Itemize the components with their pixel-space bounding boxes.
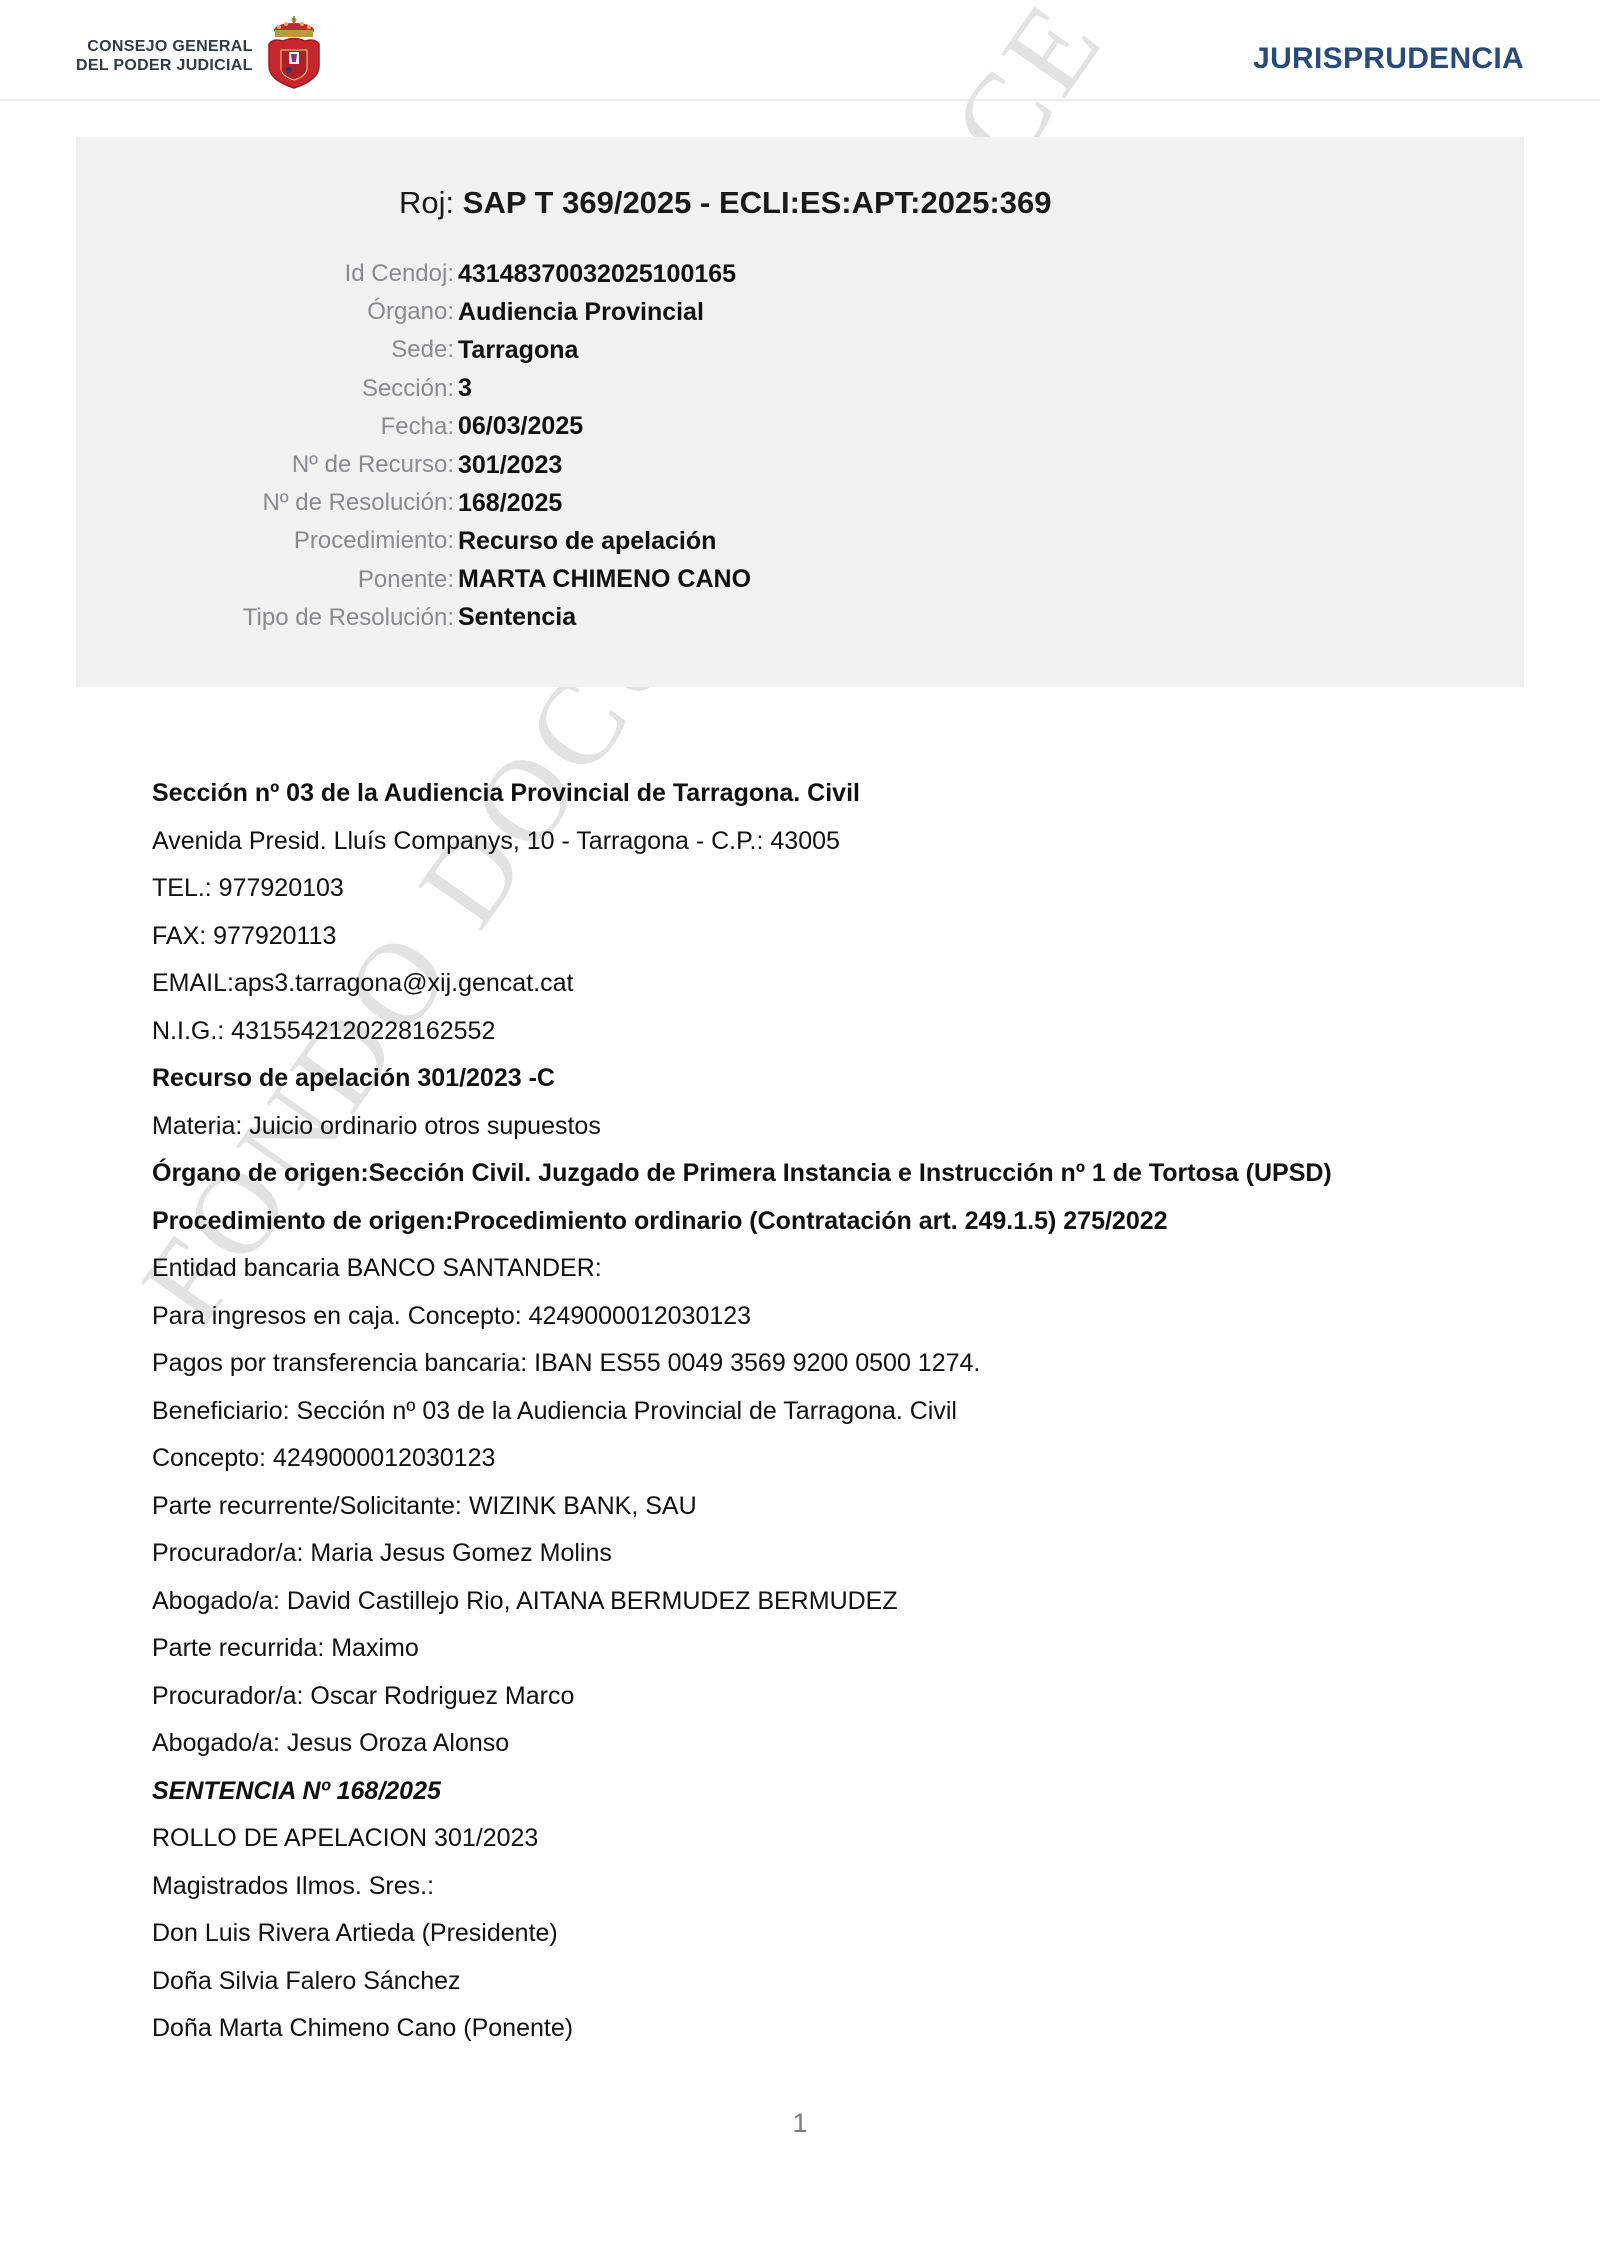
meta-value: Audiencia Provincial	[458, 298, 704, 327]
document-line: Órgano de origen:Sección Civil. Juzgado …	[152, 1150, 1452, 1198]
document-line: Procedimiento de origen:Procedimiento or…	[152, 1198, 1452, 1246]
meta-row-tipo-resolucion: Tipo de Resolución: Sentencia	[76, 599, 1524, 637]
meta-row-id-cendoj: Id Cendoj: 43148370032025100165	[76, 255, 1524, 293]
document-line: Parte recurrida: Maximo	[152, 1625, 1452, 1673]
document-line: EMAIL:aps3.tarragona@xij.gencat.cat	[152, 960, 1452, 1008]
meta-row-resolucion: Nº de Resolución: 168/2025	[76, 484, 1524, 522]
resolution-metadata-panel: Roj: SAP T 369/2025 - ECLI:ES:APT:2025:3…	[76, 137, 1524, 687]
document-line: Doña Silvia Falero Sánchez	[152, 1958, 1452, 2006]
meta-label: Órgano:	[76, 298, 458, 326]
cgpj-logo[interactable]: CONSEJO GENERAL DEL PODER JUDICIAL	[76, 14, 325, 90]
meta-label: Ponente:	[76, 566, 458, 594]
meta-row-seccion: Sección: 3	[76, 370, 1524, 408]
roj-label: Roj:	[399, 185, 454, 220]
page-header: CONSEJO GENERAL DEL PODER JUDICIAL	[0, 0, 1600, 101]
meta-row-ponente: Ponente: MARTA CHIMENO CANO	[76, 561, 1524, 599]
meta-row-fecha: Fecha: 06/03/2025	[76, 408, 1524, 446]
document-line: Para ingresos en caja. Concepto: 4249000…	[152, 1293, 1452, 1341]
document-line: TEL.: 977920103	[152, 865, 1452, 913]
document-line: FAX: 977920113	[152, 913, 1452, 961]
meta-value: 3	[458, 374, 472, 403]
meta-row-sede: Sede: Tarragona	[76, 331, 1524, 369]
document-line: Parte recurrente/Solicitante: WIZINK BAN…	[152, 1483, 1452, 1531]
meta-value: Sentencia	[458, 603, 576, 632]
document-line: SENTENCIA Nº 168/2025	[152, 1768, 1452, 1816]
document-line: Abogado/a: Jesus Oroza Alonso	[152, 1720, 1452, 1768]
meta-label: Nº de Resolución:	[76, 489, 458, 517]
document-line: Pagos por transferencia bancaria: IBAN E…	[152, 1340, 1452, 1388]
roj-value: SAP T 369/2025 - ECLI:ES:APT:2025:369	[463, 185, 1052, 220]
document-line: Procurador/a: Oscar Rodriguez Marco	[152, 1673, 1452, 1721]
crest-icon	[263, 14, 325, 90]
meta-label: Nº de Recurso:	[76, 451, 458, 479]
document-line: Concepto: 4249000012030123	[152, 1435, 1452, 1483]
meta-value: Recurso de apelación	[458, 527, 716, 556]
document-line: Doña Marta Chimeno Cano (Ponente)	[152, 2005, 1452, 2053]
page-number: 1	[0, 2108, 1600, 2139]
meta-label: Id Cendoj:	[76, 260, 458, 288]
meta-value: 168/2025	[458, 489, 562, 518]
document-line: N.I.G.: 4315542120228162552	[152, 1008, 1452, 1056]
document-line: Magistrados Ilmos. Sres.:	[152, 1863, 1452, 1911]
meta-value: 06/03/2025	[458, 412, 583, 441]
document-line: Procurador/a: Maria Jesus Gomez Molins	[152, 1530, 1452, 1578]
brand-line-1: CONSEJO GENERAL	[76, 37, 253, 56]
meta-row-recurso: Nº de Recurso: 301/2023	[76, 446, 1524, 484]
meta-value: 43148370032025100165	[458, 260, 736, 289]
document-line: Avenida Presid. Lluís Companys, 10 - Tar…	[152, 818, 1452, 866]
meta-label: Procedimiento:	[76, 527, 458, 555]
document-line: Entidad bancaria BANCO SANTANDER:	[152, 1245, 1452, 1293]
document-line: Sección nº 03 de la Audiencia Provincial…	[152, 770, 1452, 818]
document-line: ROLLO DE APELACION 301/2023	[152, 1815, 1452, 1863]
meta-value: 301/2023	[458, 451, 562, 480]
document-body: Sección nº 03 de la Audiencia Provincial…	[152, 770, 1452, 2053]
document-line: Abogado/a: David Castillejo Rio, AITANA …	[152, 1578, 1452, 1626]
document-line: Beneficiario: Sección nº 03 de la Audien…	[152, 1388, 1452, 1436]
roj-identifier: Roj: SAP T 369/2025 - ECLI:ES:APT:2025:3…	[399, 185, 1051, 221]
jurisprudencia-title: JURISPRUDENCIA	[1253, 42, 1524, 76]
meta-label: Sección:	[76, 375, 458, 403]
meta-label: Tipo de Resolución:	[76, 604, 458, 632]
meta-row-procedimiento: Procedimiento: Recurso de apelación	[76, 522, 1524, 560]
meta-value: Tarragona	[458, 336, 578, 365]
document-line: Materia: Juicio ordinario otros supuesto…	[152, 1103, 1452, 1151]
meta-label: Fecha:	[76, 413, 458, 441]
meta-label: Sede:	[76, 336, 458, 364]
meta-row-organo: Órgano: Audiencia Provincial	[76, 293, 1524, 331]
meta-value: MARTA CHIMENO CANO	[458, 565, 751, 594]
brand-line-2: DEL PODER JUDICIAL	[76, 56, 253, 75]
document-line: Don Luis Rivera Artieda (Presidente)	[152, 1910, 1452, 1958]
document-line: Recurso de apelación 301/2023 -C	[152, 1055, 1452, 1103]
metadata-list: Id Cendoj: 43148370032025100165 Órgano: …	[76, 255, 1524, 637]
brand-name: CONSEJO GENERAL DEL PODER JUDICIAL	[76, 37, 253, 75]
